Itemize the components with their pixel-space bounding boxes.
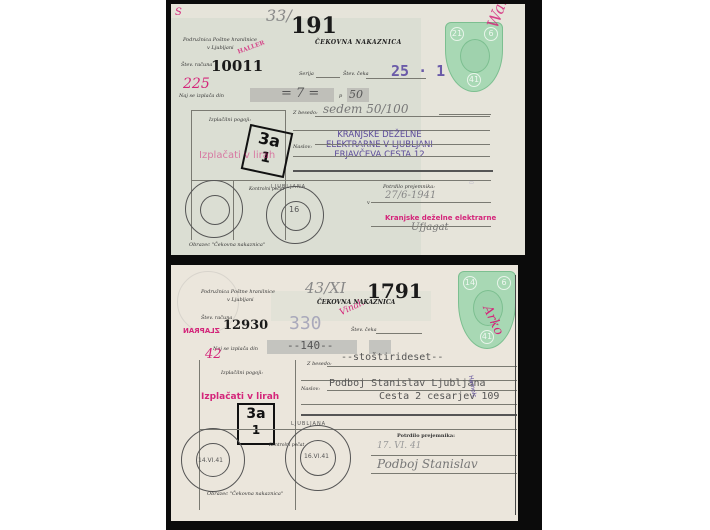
account-number: 10011 <box>211 57 263 75</box>
address-line-2: ELEKTRARNE V LJUBLJANI <box>326 140 433 150</box>
para-value: 50 <box>349 88 363 101</box>
account-label: Štev. računa <box>181 62 212 68</box>
postmark-city: LJUBLJANA <box>271 184 306 190</box>
serial-stamp: 330 <box>289 313 322 334</box>
stamp-value-top-right: 6 <box>484 27 498 41</box>
postmark-left: 14.VI.41 <box>181 428 245 492</box>
words-label: Z besedo: <box>293 110 318 116</box>
signature: Podboj Stanislav <box>377 457 478 471</box>
payout-conditions-label: Izplačilni pogoji: <box>209 117 251 123</box>
postmark-date-right: 16.VI.41 <box>304 453 329 460</box>
amount-typed: --140-- <box>287 339 333 352</box>
issuer-line-2: v Ljubljani <box>207 45 234 51</box>
postmark-date-left: 14.VI.41 <box>198 457 223 464</box>
receipt-date: 17. VI. 41 <box>377 441 421 451</box>
box-stamp-bottom: 1 <box>239 423 273 437</box>
pink-mark: S <box>175 7 182 18</box>
serial-label: Serija <box>299 71 314 77</box>
form-title: ČEKOVNA NAKAZNICA <box>315 39 402 46</box>
check-no-label: Štev. čeka <box>343 71 369 77</box>
stamp-value-bottom: 41 <box>467 73 481 87</box>
address-line-2: Cesta 2 cesarjev 109 <box>379 391 499 402</box>
postmark-city: LJUBLJANA <box>291 421 326 427</box>
pink-handwritten-225: 225 <box>183 76 210 92</box>
check-number: 1791 <box>367 279 423 303</box>
receipt-label: Potrdilo prejemnika: <box>397 433 455 439</box>
footer-label: Obrazec "Čekovna nakaznica" <box>207 491 283 497</box>
red-stamp: ZLAPRAN <box>183 327 220 335</box>
stamp-value-top-left: 14 <box>463 276 477 290</box>
address-label: Naslov: <box>301 386 320 392</box>
address-line-1: Podboj Stanislav Ljubljana <box>329 378 486 389</box>
issuer-line-1: Podružnica Poštne hranilnice <box>201 289 275 295</box>
postal-check-form-top: S 33/ 191 Podružnica Poštne hranilnice v… <box>171 4 525 255</box>
handwritten-amount: 42 <box>205 347 222 362</box>
postmark-right: 16.VI.41 <box>285 425 351 491</box>
paid-stamp: Izplačati v lirah <box>201 392 279 402</box>
box-stamp-top: 3a <box>239 405 273 423</box>
signature: Ufjagat <box>411 222 449 233</box>
stamp-value-top-right: 6 <box>497 276 511 290</box>
account-number: 12930 <box>223 318 268 333</box>
postage-stamp-imprint: 21 6 41 <box>445 22 503 92</box>
postal-check-form-bottom: Podružnica Poštne hranilnice v Ljubljani… <box>171 265 518 521</box>
receipt-date: 27/6-1941 <box>385 190 436 201</box>
issuer-line-2: v Ljubljani <box>227 297 254 303</box>
check-no-label: Štev. čeka <box>351 327 377 333</box>
amount-handwritten: = 7 = <box>281 86 319 101</box>
pencil-note: 33/ <box>266 6 292 25</box>
words-value: sedem 50/100 <box>323 102 408 116</box>
address-label: Naslov: <box>293 144 312 150</box>
para-label: p <box>339 93 342 99</box>
pencil-note: 43/XI <box>305 279 346 297</box>
faint-violet-stamp: ▭ <box>469 180 474 186</box>
box-stamp: 3a 1 <box>237 403 275 445</box>
words-value: --stoštirideset-- <box>341 352 443 363</box>
address-line-3: ERJAVČEVA CESTA 12 <box>326 150 433 160</box>
footer-label: Obrazec "Čekovna nakaznica" <box>189 242 265 248</box>
issuer-line-1: Podružnica Poštne hranilnice <box>183 37 257 43</box>
payout-conditions-label: Izplačilni pogoji: <box>221 370 263 376</box>
v-label: v <box>367 200 370 206</box>
paid-stamp: Izplačati v lirah <box>199 150 275 161</box>
postmark-right: 16 <box>266 186 324 244</box>
postmark-date: 16 <box>289 205 299 214</box>
recipient-stamp: Kranjske deželne elektrarne <box>385 214 496 222</box>
check-number: 191 <box>291 13 337 39</box>
postmark-left <box>185 180 243 238</box>
address-line-1: KRANJSKE DEŽELNE <box>326 130 433 140</box>
pay-label: Naj se izplača din <box>179 93 224 99</box>
stamp-value-top-left: 21 <box>450 27 464 41</box>
